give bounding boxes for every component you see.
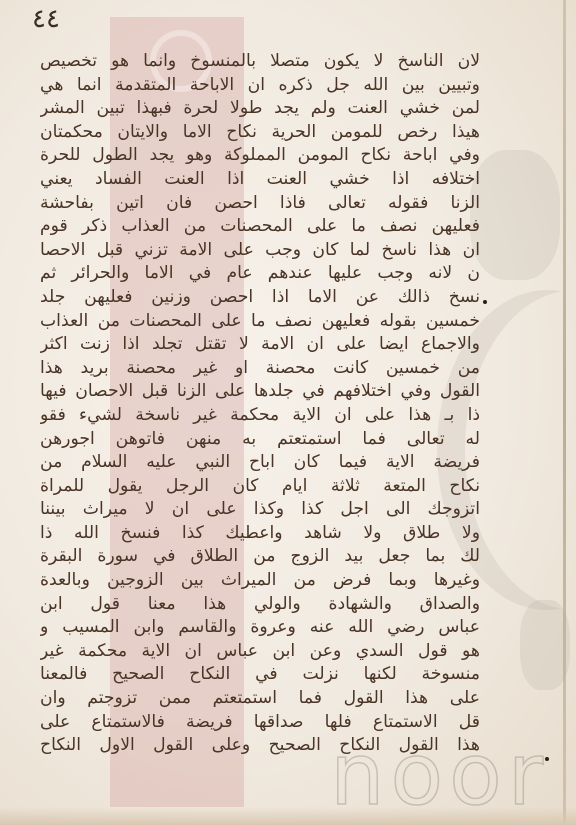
text-line: هيذا رخص للمومن الحرية نكاح الاما والايت… [40,121,480,145]
text-line: وغيرها وبما فرض من الميراث بين الزوجين و… [40,569,480,593]
page-edge [563,0,566,825]
manuscript-page: ٤٤ لان الناسخ لا يكون متصلا بالمنسوخ وان… [0,0,576,825]
text-line: نكاح المتعة ثلاثة ايام كان الرجل يقول لل… [40,475,480,499]
text-line: هو قول السدي وعن ابن عباس ان الاية محكمة… [40,640,480,664]
crescent-watermark-icon [465,290,576,610]
text-line: لان الناسخ لا يكون متصلا بالمنسوخ وانما … [40,50,480,74]
text-line: عباس رضي الله عنه وعروة والقاسم وابن الم… [40,616,480,640]
text-line: والصداق والشهادة والولي هذا معنا قول ابن [40,593,480,617]
watermark-text: noor [330,725,549,825]
text-line: له تعالى فما استمتعتم به منهن فاتوهن اجو… [40,428,480,452]
text-line: من خمسين كانت محصنة او غير محصنة بريد هذ… [40,357,480,381]
manuscript-text: لان الناسخ لا يكون متصلا بالمنسوخ وانما … [40,50,480,758]
text-line: ان هذا ناسخ لما كان وجب على الامة تزني ق… [40,239,480,263]
text-line: والاجماع ايضا على ان الامة لا تقتل تجلد … [40,333,480,357]
text-line: ولا طلاق ولا شاهد واعطيك كذا فنسخ الله ذ… [40,522,480,546]
floral-watermark [470,150,560,280]
text-line: لمن خشي العنت ولم يجد طولا لحرة فبهذا تب… [40,97,480,121]
text-line: على هذا القول فما استمتعتم ممن تزوجتم وا… [40,687,480,711]
text-line: لك بما جعل بيد الزوج من الطلاق في سورة ا… [40,545,480,569]
text-line: اختلافه اذا خشي العنت اذا العنت الفساد ي… [40,168,480,192]
text-line: ذا بـ هذا على ان الاية محكمة غير ناسخة ل… [40,404,480,428]
text-line: اتزوجك الى اجل كذا وكذا على ان لا ميراث … [40,498,480,522]
text-line: وفي اباحة نكاح المومن المملوكة وهو يجد ا… [40,144,480,168]
text-line: القول وفي اختلافهم في جلدها على الزنا قب… [40,380,480,404]
page-number: ٤٤ [32,4,60,34]
text-line: وتبيين بين الله جل ذكره ان الاباحة المتق… [40,74,480,98]
text-line: فريضة الاية فيما كان اباح النبي عليه الس… [40,451,480,475]
text-line: نسخ ذالك عن الاما اذا احصن وزنين فعليهن … [40,286,480,310]
text-line: فعليهن نصف ما على المحصنات من العذاب ذكر… [40,215,480,239]
text-line: الزنا فقوله تعالى فاذا احصن فان اتين بفا… [40,192,480,216]
margin-dot [483,300,487,304]
text-line: ن لانه وجب عليها عندهم عام في الاما والح… [40,262,480,286]
text-line: خمسين بقوله فعليهن نصف ما على المحصنات م… [40,310,480,334]
text-line: منسوخة لكنها نزلت في النكاح الصحيح فالمع… [40,663,480,687]
